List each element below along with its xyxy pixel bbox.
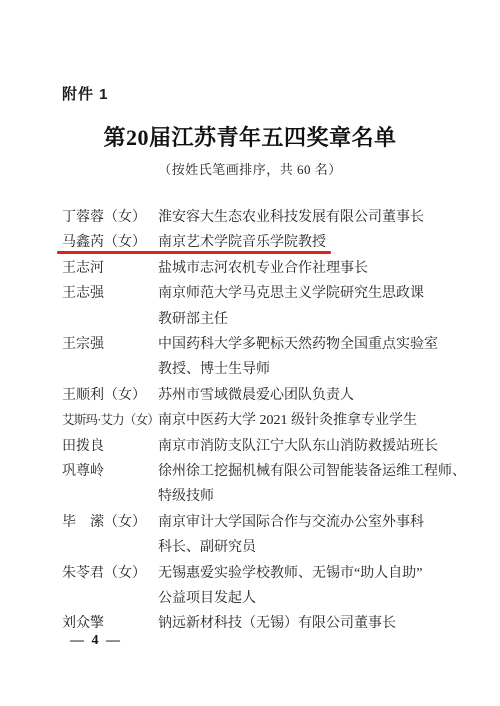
recipient-description-line: 教授、博士生导师 [158, 357, 454, 382]
award-list-entry: 王宗强 中国药科大学多靶标天然药物全国重点实验室教授、博士生导师 [62, 332, 454, 383]
award-list-entry: 田拨良 南京市消防支队江宁大队东山消防救援站班长 [62, 434, 454, 459]
recipient-description: 无锡惠爱实验学校教师、无锡市“助人自助”公益项目发起人 [158, 561, 454, 612]
recipient-description-line: 中国药科大学多靶标天然药物全国重点实验室 [158, 332, 454, 357]
award-list-entry: 王顺利（女） 苏州市雪域微晨爱心团队负责人 [62, 383, 454, 408]
recipient-description: 南京市消防支队江宁大队东山消防救援站班长 [158, 434, 454, 459]
recipient-description: 钠远新材科技（无锡）有限公司董事长 [158, 611, 454, 636]
award-list-entry: 毕 潆（女） 南京审计大学国际合作与交流办公室外事科科长、副研究员 [62, 510, 454, 561]
recipient-description: 南京中医药大学 2021 级针灸推拿专业学生 [158, 408, 454, 433]
recipient-description-line: 苏州市雪域微晨爱心团队负责人 [158, 383, 454, 408]
recipient-name: 王志强 [62, 281, 158, 306]
page-subtitle: （按姓氏笔画排序，共 60 名） [0, 159, 500, 178]
recipient-description-line: 钠远新材科技（无锡）有限公司董事长 [158, 611, 454, 636]
recipient-name: 王顺利（女） [62, 383, 158, 408]
recipient-name: 艾斯玛·艾力（女） [62, 408, 158, 433]
recipient-description-line: 徐州徐工挖掘机械有限公司智能装备运维工程师、 [158, 459, 466, 484]
recipient-description-line: 南京中医药大学 2021 级针灸推拿专业学生 [158, 408, 454, 433]
recipient-description-line: 科长、副研究员 [158, 535, 454, 560]
recipient-description: 盐城市志河农机专业合作社理事长 [158, 256, 454, 281]
award-list-entry: 朱苓君（女） 无锡惠爱实验学校教师、无锡市“助人自助”公益项目发起人 [62, 561, 454, 612]
page-title: 第20届江苏青年五四奖章名单 [0, 121, 500, 152]
recipient-description-line: 盐城市志河农机专业合作社理事长 [158, 256, 454, 281]
recipient-description-line: 淮安容大生态农业科技发展有限公司董事长 [158, 205, 454, 230]
recipient-description-line: 公益项目发起人 [158, 586, 454, 611]
recipient-name: 巩尊岭 [62, 459, 158, 484]
recipient-description: 苏州市雪域微晨爱心团队负责人 [158, 383, 454, 408]
document-page: 附件 1 第20届江苏青年五四奖章名单 （按姓氏笔画排序，共 60 名） 丁蓉蓉… [0, 0, 500, 706]
recipient-description-line: 无锡惠爱实验学校教师、无锡市“助人自助” [158, 561, 454, 586]
page-number: — 4 — [70, 633, 122, 649]
red-highlight-underline [57, 251, 331, 254]
award-list-entry: 艾斯玛·艾力（女） 南京中医药大学 2021 级针灸推拿专业学生 [62, 408, 454, 433]
recipient-name: 田拨良 [62, 434, 158, 459]
recipient-description-line: 南京审计大学国际合作与交流办公室外事科 [158, 510, 454, 535]
recipient-description: 南京审计大学国际合作与交流办公室外事科科长、副研究员 [158, 510, 454, 561]
recipient-name: 丁蓉蓉（女） [62, 205, 158, 230]
recipient-description: 中国药科大学多靶标天然药物全国重点实验室教授、博士生导师 [158, 332, 454, 383]
award-list-entry: 丁蓉蓉（女） 淮安容大生态农业科技发展有限公司董事长 [62, 205, 454, 230]
award-list-entry: 巩尊岭 徐州徐工挖掘机械有限公司智能装备运维工程师、特级技师 [62, 459, 454, 510]
recipient-description: 淮安容大生态农业科技发展有限公司董事长 [158, 205, 454, 230]
award-list-entry: 王志河 盐城市志河农机专业合作社理事长 [62, 256, 454, 281]
recipient-description-line: 教研部主任 [158, 307, 454, 332]
recipient-name: 王宗强 [62, 332, 158, 357]
recipient-name: 王志河 [62, 256, 158, 281]
award-list-entry: 马鑫芮（女） 南京艺术学院音乐学院教授 [62, 230, 454, 255]
recipient-name: 毕 潆（女） [62, 510, 158, 535]
recipient-description: 徐州徐工挖掘机械有限公司智能装备运维工程师、特级技师 [158, 459, 466, 510]
recipient-name: 朱苓君（女） [62, 561, 158, 586]
recipient-description-line: 特级技师 [158, 484, 466, 509]
recipient-description: 南京师范大学马克思主义学院研究生思政课教研部主任 [158, 281, 454, 332]
attachment-label: 附件 1 [62, 83, 109, 104]
award-list-entry: 王志强 南京师范大学马克思主义学院研究生思政课教研部主任 [62, 281, 454, 332]
recipient-description-line: 南京师范大学马克思主义学院研究生思政课 [158, 281, 454, 306]
award-list: 丁蓉蓉（女） 淮安容大生态农业科技发展有限公司董事长 马鑫芮（女） 南京艺术学院… [62, 205, 454, 637]
recipient-description-line: 南京市消防支队江宁大队东山消防救援站班长 [158, 434, 454, 459]
